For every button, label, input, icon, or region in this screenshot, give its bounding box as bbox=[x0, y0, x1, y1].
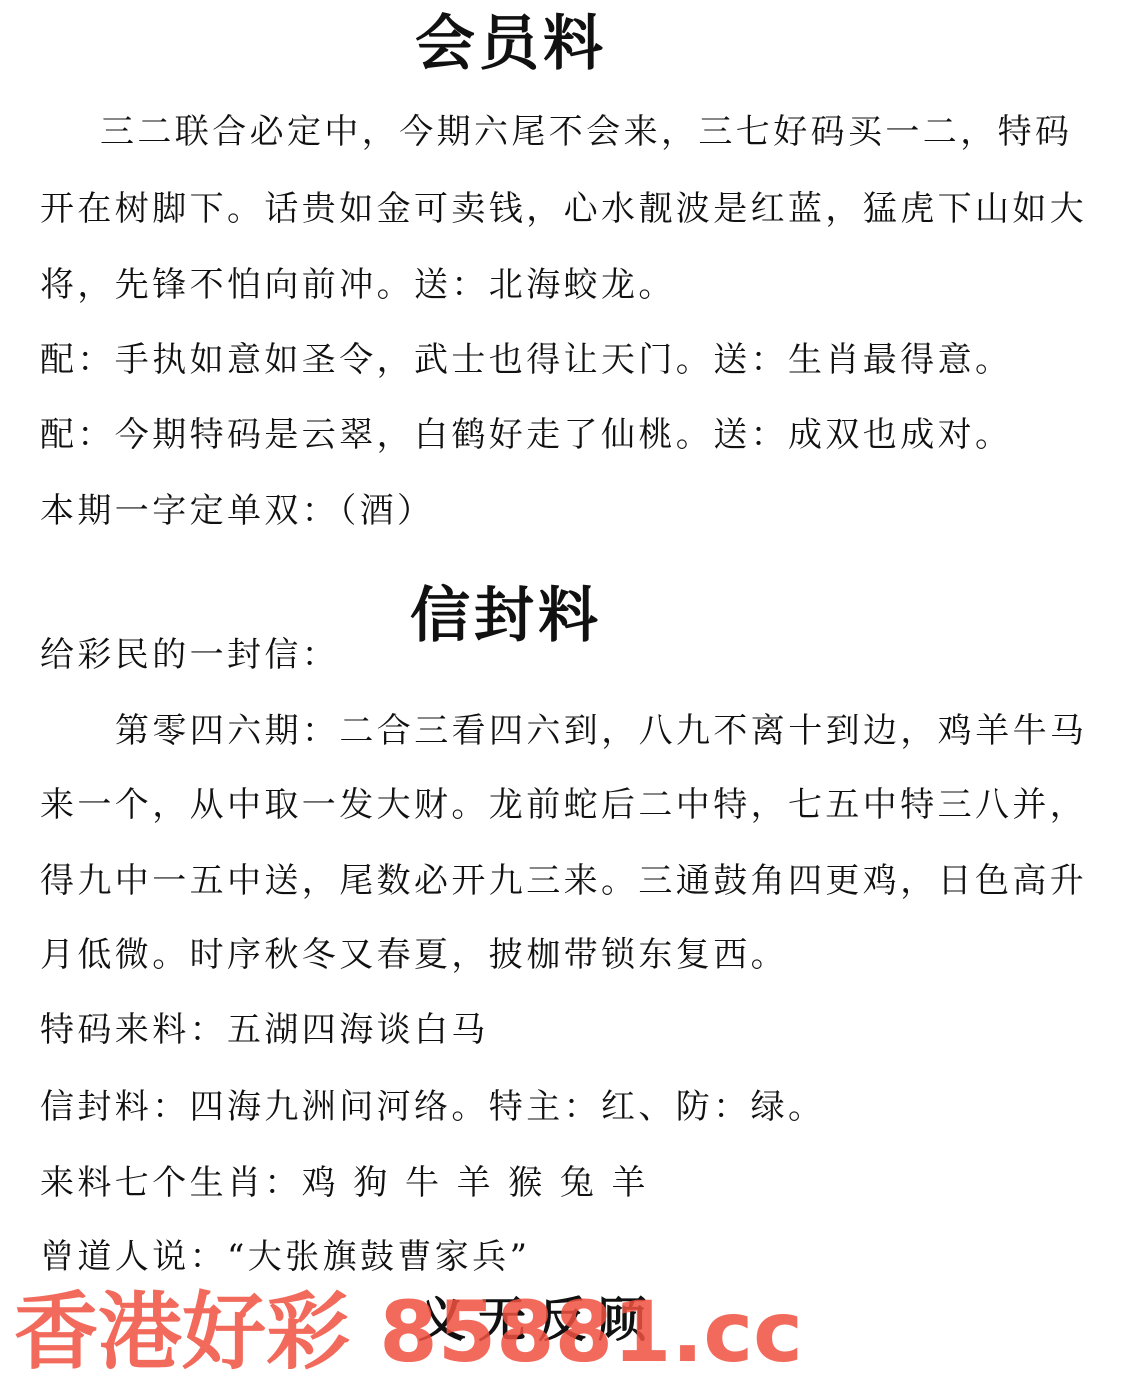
single-double-line: 本期一字定单双：（酒） bbox=[40, 494, 434, 528]
letter-subtitle: 给彩民的一封信： bbox=[40, 638, 339, 672]
paragraph-line: 月低微。时序秋冬又春夏，披枷带锁东复西。 bbox=[40, 938, 788, 972]
zodiac-line: 来料七个生肖：鸡 狗 牛 羊 猴 兔 羊 bbox=[40, 1166, 649, 1200]
envelope-line: 信封料：四海九洲问河络。特主：红、防：绿。 bbox=[40, 1090, 825, 1124]
paragraph-line: 将，先锋不怕向前冲。送：北海蛟龙。 bbox=[40, 268, 676, 302]
quote-line: 曾道人说：“大张旗鼓曹家兵” bbox=[40, 1240, 530, 1274]
paragraph-line: 配：今期特码是云翠，白鹤好走了仙桃。送：成双也成对。 bbox=[40, 418, 1012, 452]
paragraph-line: 开在树脚下。话贵如金可卖钱，心水靓波是红蓝，猛虎下山如大 bbox=[40, 192, 1087, 226]
paragraph-line: 来一个，从中取一发大财。龙前蛇后二中特，七五中特三八并， bbox=[40, 788, 1087, 822]
paragraph-line: 三二联合必定中，今期六尾不会来，三七好码买一二，特码 bbox=[100, 115, 1072, 149]
paragraph-line: 得九中一五中送，尾数必开九三来。三通鼓角四更鸡，日色高升 bbox=[40, 864, 1087, 898]
section-title-letter: 信封料 bbox=[410, 586, 602, 646]
paragraph-line: 配：手执如意如圣令，武士也得让天门。送：生肖最得意。 bbox=[40, 343, 1012, 377]
section-title-member: 会员料 bbox=[415, 14, 607, 74]
special-code-line: 特码来料：五湖四海谈白马 bbox=[40, 1013, 489, 1047]
paragraph-line: 第零四六期：二合三看四六到，八九不离十到边，鸡羊牛马 bbox=[115, 714, 1087, 748]
watermark: 香港好彩 85881.cc bbox=[14, 1290, 803, 1374]
